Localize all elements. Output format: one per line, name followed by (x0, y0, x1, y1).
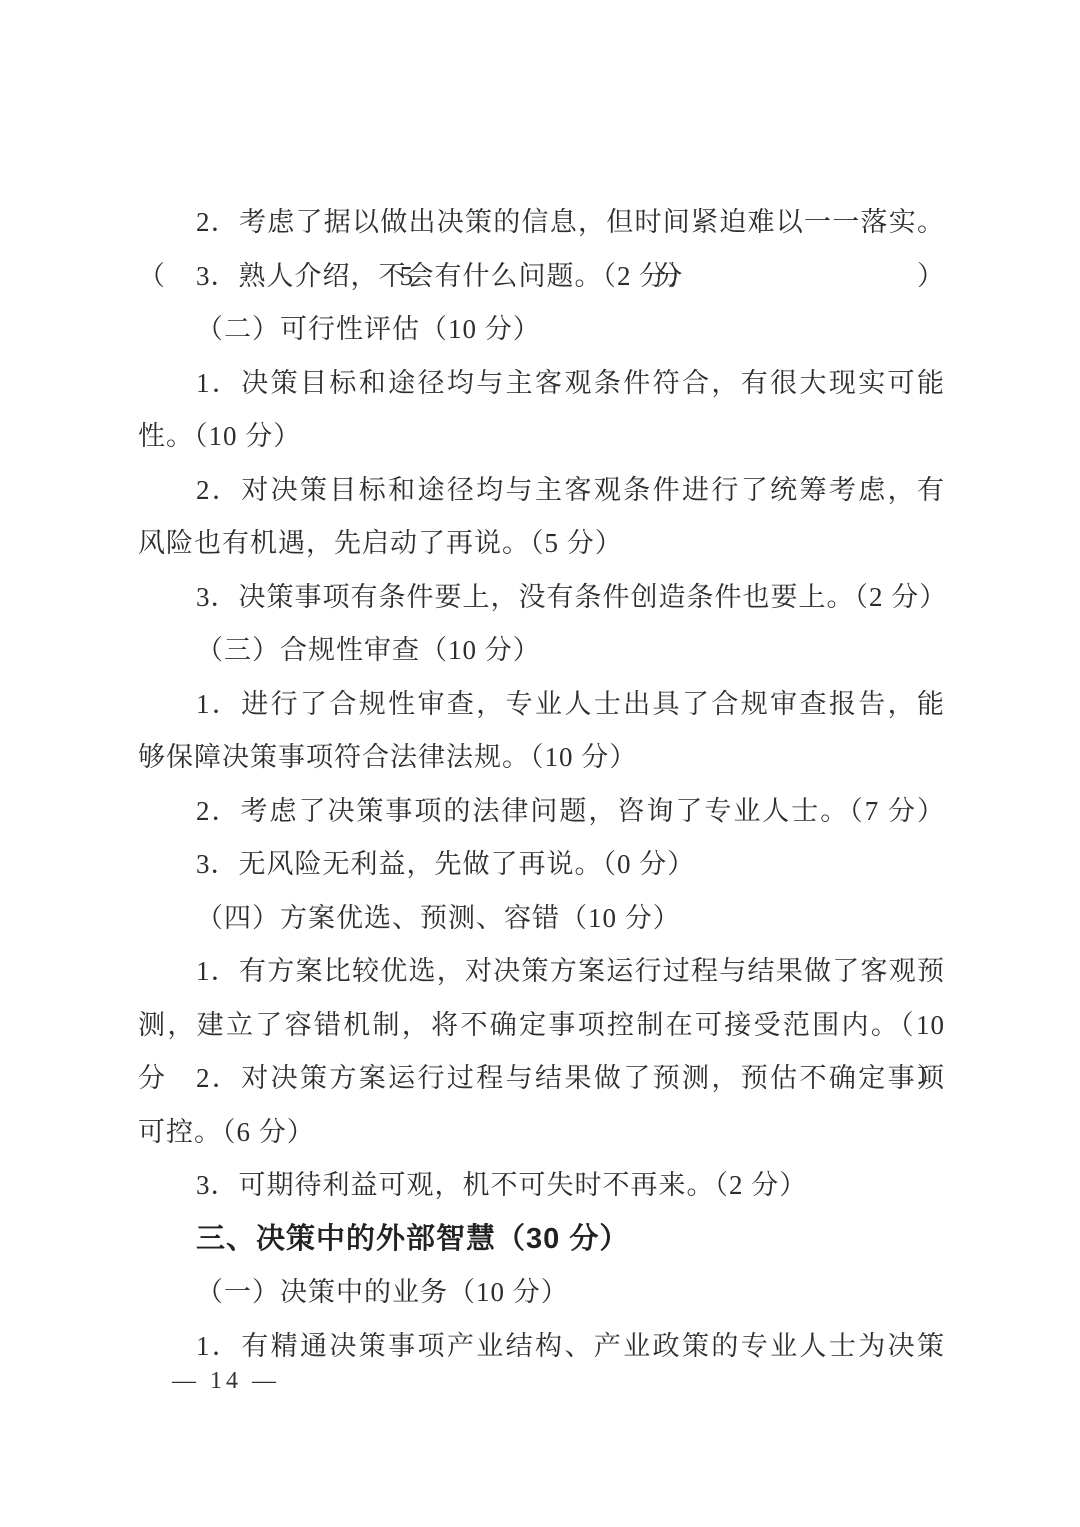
doc-line: 性。（10 分） (138, 410, 945, 464)
doc-line: 3．可期待利益可观，机不可失时不再来。（2 分） (138, 1159, 945, 1213)
page-number: — 14 — (172, 1368, 280, 1395)
chapter-heading: 三、决策中的外部智慧（30 分） (138, 1213, 945, 1267)
section-heading: （三）合规性审查（10 分） (138, 624, 945, 678)
doc-line: 2．对决策目标和途径均与主客观条件进行了统筹考虑，有 (138, 464, 945, 518)
doc-line: 1．决策目标和途径均与主客观条件符合，有很大现实可能 (138, 357, 945, 411)
doc-line: 2．对决策方案运行过程与结果做了预测，预估不确定事项 (138, 1052, 945, 1106)
section-heading: （一）决策中的业务（10 分） (138, 1266, 945, 1320)
doc-line: 3．决策事项有条件要上，没有条件创造条件也要上。（2 分） (138, 571, 945, 625)
document-page: 2．考虑了据以做出决策的信息，但时间紧迫难以一一落实。（5 分） 3．熟人介绍，… (0, 0, 1080, 1527)
doc-line: 风险也有机遇，先启动了再说。（5 分） (138, 517, 945, 571)
doc-line: 1．有方案比较优选，对决策方案运行过程与结果做了客观预 (138, 945, 945, 999)
doc-line: 可控。（6 分） (138, 1106, 945, 1160)
document-body: 2．考虑了据以做出决策的信息，但时间紧迫难以一一落实。（5 分） 3．熟人介绍，… (138, 196, 945, 1373)
doc-line: 1．进行了合规性审查，专业人士出具了合规审查报告，能 (138, 678, 945, 732)
section-heading: （四）方案优选、预测、容错（10 分） (138, 892, 945, 946)
doc-line: 1．有精通决策事项产业结构、产业政策的专业人士为决策 (138, 1320, 945, 1374)
doc-line: 测，建立了容错机制，将不确定事项控制在可接受范围内。（10 分） (138, 999, 945, 1053)
doc-line: 2．考虑了决策事项的法律问题，咨询了专业人士。（7 分） (138, 785, 945, 839)
section-heading: （二）可行性评估（10 分） (138, 303, 945, 357)
doc-line: 3．无风险无利益，先做了再说。（0 分） (138, 838, 945, 892)
doc-line: 2．考虑了据以做出决策的信息，但时间紧迫难以一一落实。（5 分） (138, 196, 945, 250)
doc-line: 够保障决策事项符合法律法规。（10 分） (138, 731, 945, 785)
